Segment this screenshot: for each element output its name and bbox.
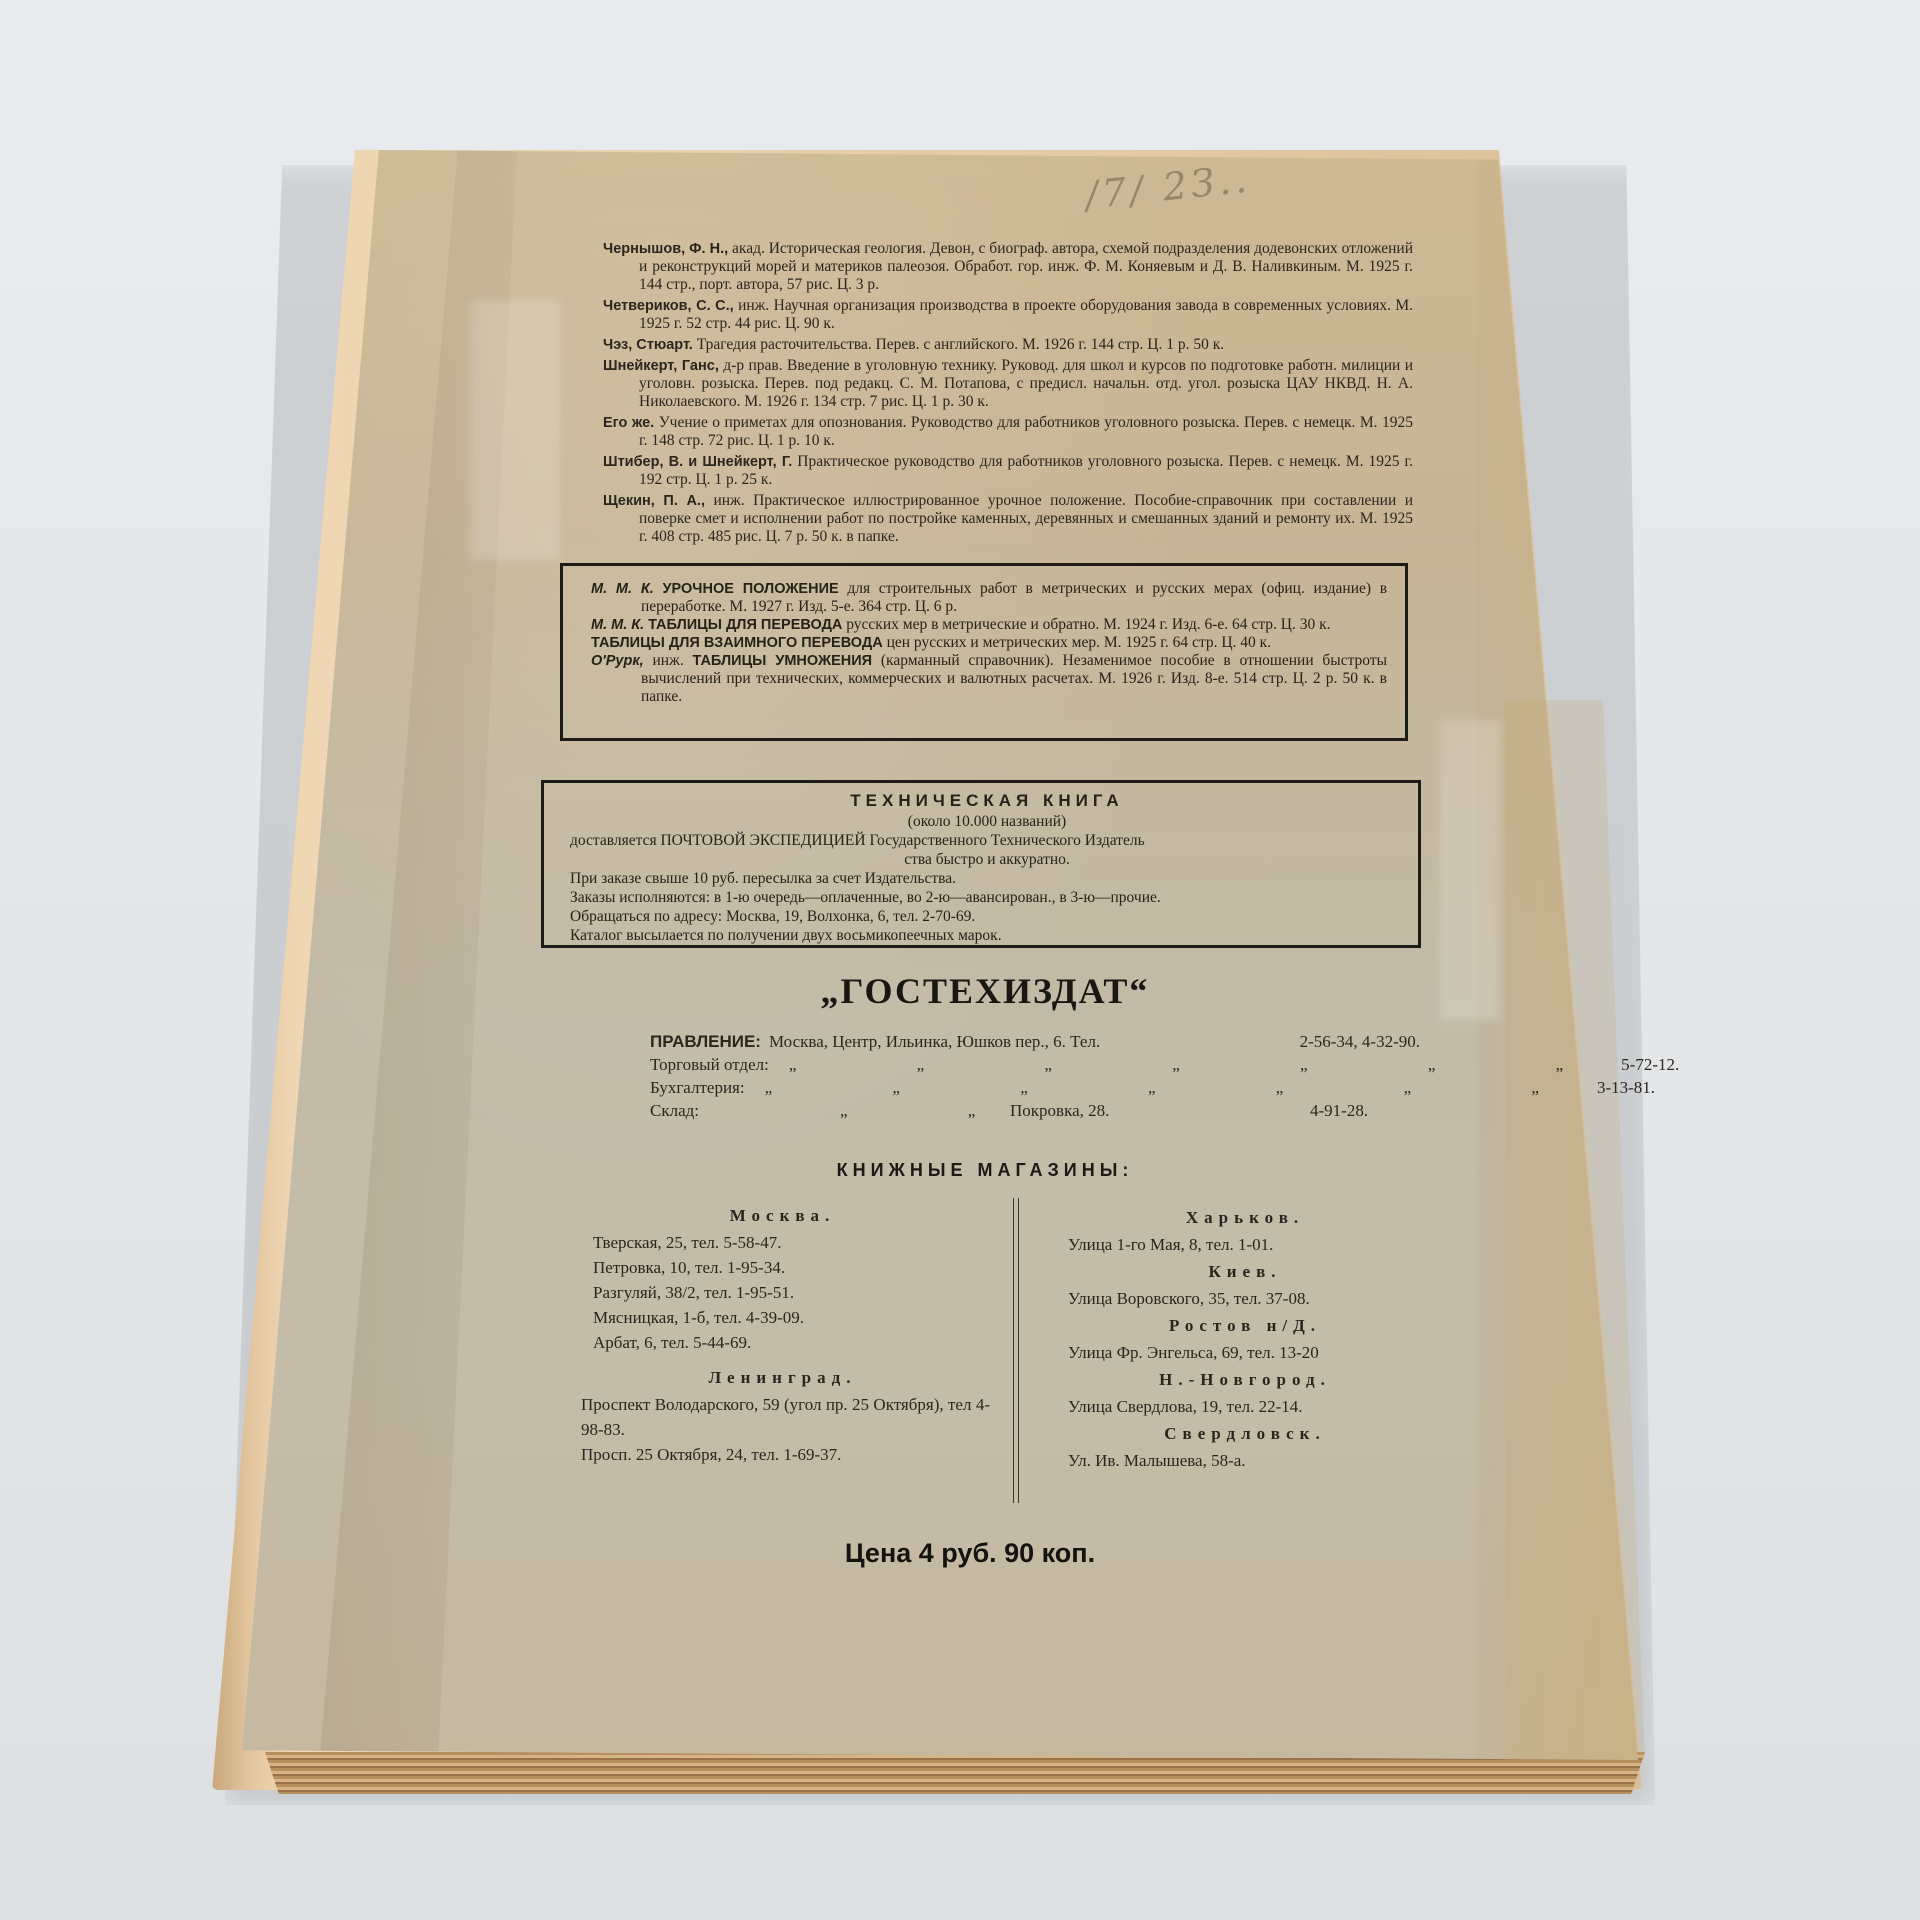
board-row: ПРАВЛЕНИЕ: Москва, Центр, Ильинка, Юшков…	[650, 1030, 1420, 1053]
department-row: Склад: „ „ Покровка, 28. 4-91-28.	[650, 1099, 1420, 1122]
tape-glare	[470, 300, 560, 560]
price-label: Цена 4 руб. 90 коп.	[0, 1538, 1920, 1569]
notice-line: При заказе свыше 10 руб. пересылка за сч…	[570, 869, 1404, 888]
city-heading: Москва.	[575, 1203, 990, 1228]
notice-delivery: ства быстро и аккуратно.	[570, 850, 1404, 869]
city-heading: Свердловск.	[1050, 1421, 1440, 1446]
department-row: Бухгалтерия: „ „ „ „ „ „ „ 3-13-81.	[650, 1076, 1420, 1099]
bookstores-left-column: Москва. Тверская, 25, тел. 5-58-47. Петр…	[575, 1203, 990, 1467]
department-row: Торговый отдел: „ „ „ „ „ „ „ 5-72-12.	[650, 1053, 1420, 1076]
store-address: Петровка, 10, тел. 1-95-34.	[575, 1255, 990, 1280]
store-address: Тверская, 25, тел. 5-58-47.	[575, 1230, 990, 1255]
reference-entry: М. М. К. УРОЧНОЕ ПОЛОЖЕНИЕ для строитель…	[591, 580, 1387, 616]
catalog-entry: Штибер, В. и Шнейкерт, Г. Практическое р…	[603, 453, 1413, 489]
catalog-entry: Его же. Учение о приметах для опозновани…	[603, 414, 1413, 450]
city-heading: Н.-Новгород.	[1050, 1367, 1440, 1392]
notice-title: ТЕХНИЧЕСКАЯ КНИГА	[570, 791, 1404, 810]
reference-entry: О'Рурк, инж. ТАБЛИЦЫ УМНОЖЕНИЯ (карманны…	[591, 652, 1387, 706]
bookstores-title: КНИЖНЫЕ МАГАЗИНЫ:	[0, 1160, 1920, 1181]
bookstores-right-column: Харьков. Улица 1-го Мая, 8, тел. 1-01. К…	[1050, 1203, 1440, 1473]
city-heading: Харьков.	[1050, 1205, 1440, 1230]
store-address: Разгуляй, 38/2, тел. 1-95-51.	[575, 1280, 990, 1305]
reference-entry: М. М. К. ТАБЛИЦЫ ДЛЯ ПЕРЕВОДА русских ме…	[591, 616, 1387, 634]
store-address: Просп. 25 Октября, 24, тел. 1-69-37.	[575, 1442, 990, 1467]
column-divider	[1013, 1198, 1019, 1503]
store-address: Ул. Ив. Малышева, 58-а.	[1050, 1448, 1440, 1473]
notice-line: Каталог высылается по получении двух вос…	[570, 926, 1404, 945]
notice-subtitle: (около 10.000 названий)	[570, 812, 1404, 831]
city-heading: Киев.	[1050, 1259, 1440, 1284]
store-address: Мясницкая, 1-б, тел. 4-39-09.	[575, 1305, 990, 1330]
store-address: Проспект Володарского, 59 (угол пр. 25 О…	[575, 1392, 990, 1442]
store-address: Улица Фр. Энгельса, 69, тел. 13-20	[1050, 1340, 1440, 1365]
catalog-entry: Чернышов, Ф. Н., акад. Историческая геол…	[603, 240, 1413, 294]
catalog-entry: Четвериков, С. С., инж. Научная организа…	[603, 297, 1413, 333]
catalog-entry: Чэз, Стюарт. Трагедия расточительства. П…	[603, 336, 1413, 354]
catalog-list: Чернышов, Ф. Н., акад. Историческая геол…	[603, 240, 1413, 549]
city-heading: Ленинград.	[575, 1365, 990, 1390]
publisher-name: „ГОСТЕХИЗДАТ“	[0, 970, 1920, 1012]
notice-line: Заказы исполняются: в 1-ю очередь—оплаче…	[570, 888, 1404, 907]
reference-tables-box: М. М. К. УРОЧНОЕ ПОЛОЖЕНИЕ для строитель…	[560, 563, 1408, 741]
notice-delivery: доставляется ПОЧТОВОЙ ЭКСПЕДИЦИЕЙ Госуда…	[570, 831, 1404, 850]
notice-line: Обращаться по адресу: Москва, 19, Волхон…	[570, 907, 1404, 926]
city-heading: Ростов н/Д.	[1050, 1313, 1440, 1338]
store-address: Улица Свердлова, 19, тел. 22-14.	[1050, 1394, 1440, 1419]
reference-entry: ТАБЛИЦЫ ДЛЯ ВЗАИМНОГО ПЕРЕВОДА цен русск…	[591, 634, 1387, 652]
tech-book-notice-box: ТЕХНИЧЕСКАЯ КНИГА (около 10.000 названий…	[541, 780, 1421, 948]
store-address: Арбат, 6, тел. 5-44-69.	[575, 1330, 990, 1355]
catalog-entry: Шнейкерт, Ганс, д-р прав. Введение в уго…	[603, 357, 1413, 411]
catalog-entry: Щекин, П. А., инж. Практическое иллюстри…	[603, 492, 1413, 546]
store-address: Улица Воровского, 35, тел. 37-08.	[1050, 1286, 1440, 1311]
publisher-contacts: ПРАВЛЕНИЕ: Москва, Центр, Ильинка, Юшков…	[650, 1030, 1420, 1122]
store-address: Улица 1-го Мая, 8, тел. 1-01.	[1050, 1232, 1440, 1257]
